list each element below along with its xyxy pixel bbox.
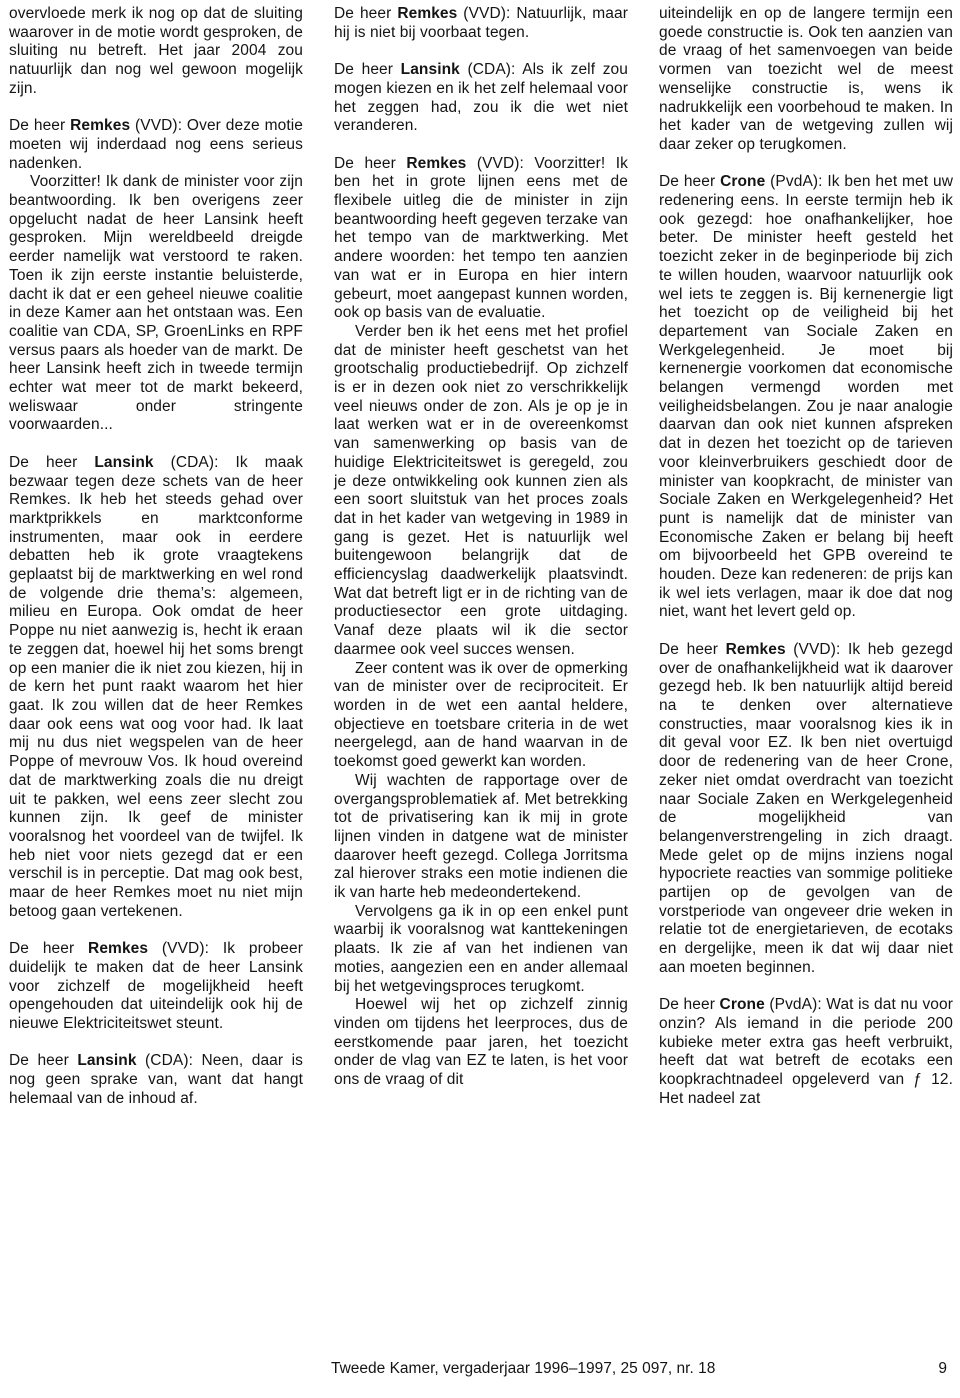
speech-paragraph: De heer Lansink (CDA): Neen, daar is nog… — [9, 1052, 303, 1108]
speech-paragraph: De heer Crone (PvdA): Wat is dat nu voor… — [659, 996, 953, 1108]
text-column-right: uiteindelijk en op de langere termijn ee… — [659, 5, 953, 1108]
speaker-name: Remkes — [397, 5, 457, 22]
text-paragraph: overvloede merk ik nog op dat de sluitin… — [9, 5, 303, 99]
speaker-name: Lansink — [77, 1052, 136, 1069]
text-columns: overvloede merk ik nog op dat de sluitin… — [0, 0, 960, 1108]
speaker-name: Remkes — [70, 117, 130, 134]
speaker-name: Remkes — [88, 940, 148, 957]
text-column-left: overvloede merk ik nog op dat de sluitin… — [9, 5, 303, 1108]
speaker-name: Crone — [720, 173, 765, 190]
page-number: 9 — [938, 1360, 947, 1379]
speech-paragraph: De heer Remkes (VVD): Voorzitter! Ik ben… — [334, 155, 628, 323]
text-paragraph: Wij wachten de rapportage over de overga… — [334, 772, 628, 903]
text-paragraph: Hoewel wij het op zichzelf zinnig vinden… — [334, 996, 628, 1090]
speech-paragraph: De heer Remkes (VVD): Natuurlijk, maar h… — [334, 5, 628, 42]
speech-paragraph: De heer Lansink (CDA): Ik maak bezwaar t… — [9, 454, 303, 922]
text-paragraph: Vervolgens ga ik in op een enkel punt wa… — [334, 903, 628, 997]
document-page: overvloede merk ik nog op dat de sluitin… — [0, 0, 960, 1398]
speech-paragraph: De heer Lansink (CDA): Als ik zelf zou m… — [334, 61, 628, 136]
text-paragraph: Verder ben ik het eens met het profiel d… — [334, 323, 628, 660]
speaker-name: Remkes — [726, 641, 786, 658]
text-column-middle: De heer Remkes (VVD): Natuurlijk, maar h… — [334, 5, 628, 1108]
text-paragraph: Zeer content was ik over de opmerking va… — [334, 660, 628, 772]
speaker-name: Remkes — [406, 155, 466, 172]
footer-citation: Tweede Kamer, vergaderjaar 1996–1997, 25… — [331, 1360, 715, 1379]
speaker-name: Lansink — [401, 61, 460, 78]
speech-paragraph: De heer Crone (PvdA): Ik ben het met uw … — [659, 173, 953, 622]
speaker-name: Crone — [720, 996, 765, 1013]
text-paragraph: uiteindelijk en op de langere termijn ee… — [659, 5, 953, 155]
speech-paragraph: De heer Remkes (VVD): Over deze motie mo… — [9, 117, 303, 173]
speech-paragraph: De heer Remkes (VVD): Ik probeer duideli… — [9, 940, 303, 1034]
speaker-name: Lansink — [94, 454, 153, 471]
text-paragraph: Voorzitter! Ik dank de minister voor zij… — [9, 173, 303, 435]
speech-paragraph: De heer Remkes (VVD): Ik heb gezegd over… — [659, 641, 953, 978]
